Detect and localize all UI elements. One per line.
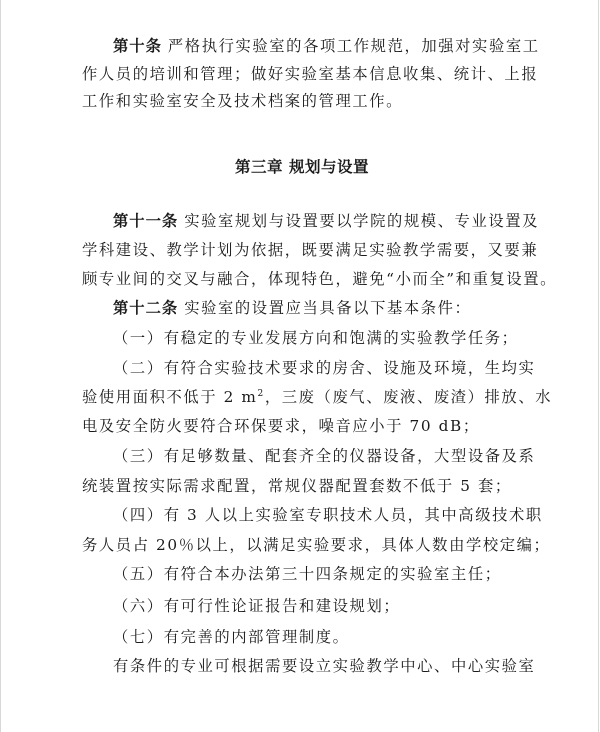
article-10-label: 第十条	[113, 37, 162, 55]
condition-5: （五）有符合本办法第三十四条规定的实验室主任；	[113, 564, 502, 584]
article-10-line-2: 作人员的培训和管理；做好实验室基本信息收集、统计、上报	[82, 64, 538, 84]
condition-2-line-1: （二）有符合实验技术要求的房舍、设施及环境，生均实	[113, 358, 535, 378]
condition-1: （一）有稳定的专业发展方向和饱满的实验教学任务；	[113, 328, 519, 348]
article-12-label: 第十二条	[113, 299, 178, 317]
article-12-line-1: 第十二条实验室的设置应当具备以下基本条件：	[113, 298, 471, 318]
article-10-line-3: 工作和实验室安全及技术档案的管理工作。	[82, 91, 403, 111]
article-11-line-2: 学科建设、教学计划为依据，既要满足实验教学需要，又要兼	[82, 240, 538, 260]
condition-7: （七）有完善的内部管理制度。	[113, 627, 350, 647]
page-left-border	[0, 0, 1, 732]
article-10-line-1: 第十条严格执行实验室的各项工作规范，加强对实验室工	[113, 36, 540, 56]
closing-paragraph-line-1: 有条件的专业可根据需要设立实验教学中心、中心实验室	[113, 656, 535, 676]
condition-3-line-1: （三）有足够数量、配套齐全的仪器设备，大型设备及系	[113, 446, 535, 466]
article-11-label: 第十一条	[113, 212, 178, 230]
condition-3-line-2: 统装置按实际需求配置，常规仪器配置套数不低于 5 套；	[82, 476, 512, 496]
chapter-heading: 第三章 规划与设置	[82, 155, 522, 177]
condition-2-line-3: 电及安全防火要符合环保要求，噪音应小于 70 dB；	[82, 416, 480, 436]
condition-4-line-1: （四）有 3 人以上实验室专职技术人员，其中高级技术职	[113, 505, 543, 525]
condition-6: （六）有可行性论证报告和建设规划；	[113, 596, 400, 616]
condition-4-line-2: 务人员占 20％以上，以满足实验要求，具体人数由学校定编；	[82, 535, 550, 555]
page-right-border	[598, 0, 599, 732]
article-11-line-1: 第十一条实验室规划与设置要以学院的规模、专业设置及	[113, 211, 539, 231]
article-11-line-3: 顾专业间的交叉与融合，体现特色，避免“小而全”和重复设置。	[82, 269, 557, 289]
condition-2-line-2: 验使用面积不低于 2 m2，三废（废气、废液、废渣）排放、水	[82, 387, 552, 407]
